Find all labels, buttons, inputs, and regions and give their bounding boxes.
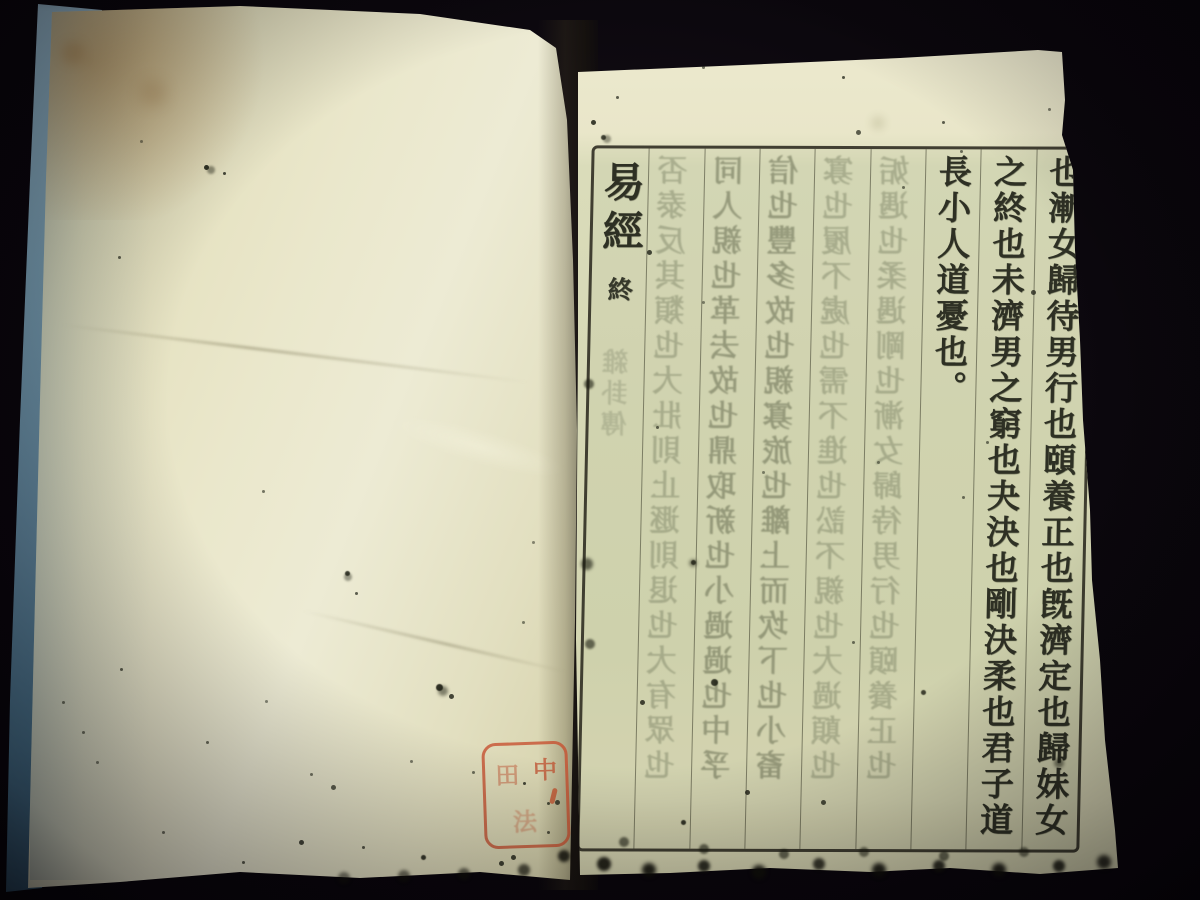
seal-character: 田: [495, 755, 520, 791]
seal-character: 中: [532, 750, 557, 786]
printed-text: 長小人道憂也。: [925, 154, 977, 406]
printed-text: 也漸女歸待男行也頤養正也旣濟定也歸妹女: [1026, 155, 1088, 839]
book-end-title: 易經終: [589, 160, 650, 301]
book-title-text: 易經: [595, 160, 645, 258]
edge-debris: [0, 0, 8, 8]
show-through-text: 同人親也革去故也鼎取新也小過過也中孚: [697, 155, 755, 785]
end-mark-text: 終: [604, 276, 634, 301]
paper-crease: [303, 610, 567, 674]
printed-text: 之終也未濟男之窮也夬決也剛決柔也君子道: [971, 154, 1033, 838]
seal-character: 法: [512, 802, 537, 838]
photo-of-open-book: 雜卦傳 易經終 否泰反其類也大壯則止遯則退也大有眾也 同人親也革去故也鼎取新也小…: [0, 0, 1200, 900]
ink-specks: [0, 0, 3, 3]
text-block-frame: 雜卦傳 易經終 否泰反其類也大壯則止遯則退也大有眾也 同人親也革去故也鼎取新也小…: [576, 145, 1094, 852]
smudges: [0, 0, 6, 6]
red-collector-seal: 中 田 法: [481, 741, 571, 850]
show-through-text: 信也豐多故也親寡旅也離上而坎下也小畜: [752, 155, 810, 785]
show-through-text: 否泰反其類也大壯則止遯則退也大有眾也: [641, 155, 699, 785]
edge-tint: [30, 0, 150, 880]
show-through-text: 寡也履不處也需不進也訟不親也大過顛也: [807, 155, 865, 785]
right-printed-page: 雜卦傳 易經終 否泰反其類也大壯則止遯則退也大有眾也 同人親也革去故也鼎取新也小…: [570, 40, 1130, 885]
show-through-text: 雜卦傳: [597, 348, 636, 441]
show-through-text: 姤遇也柔遇剛也漸女歸待男行也頤養正也: [863, 155, 921, 785]
